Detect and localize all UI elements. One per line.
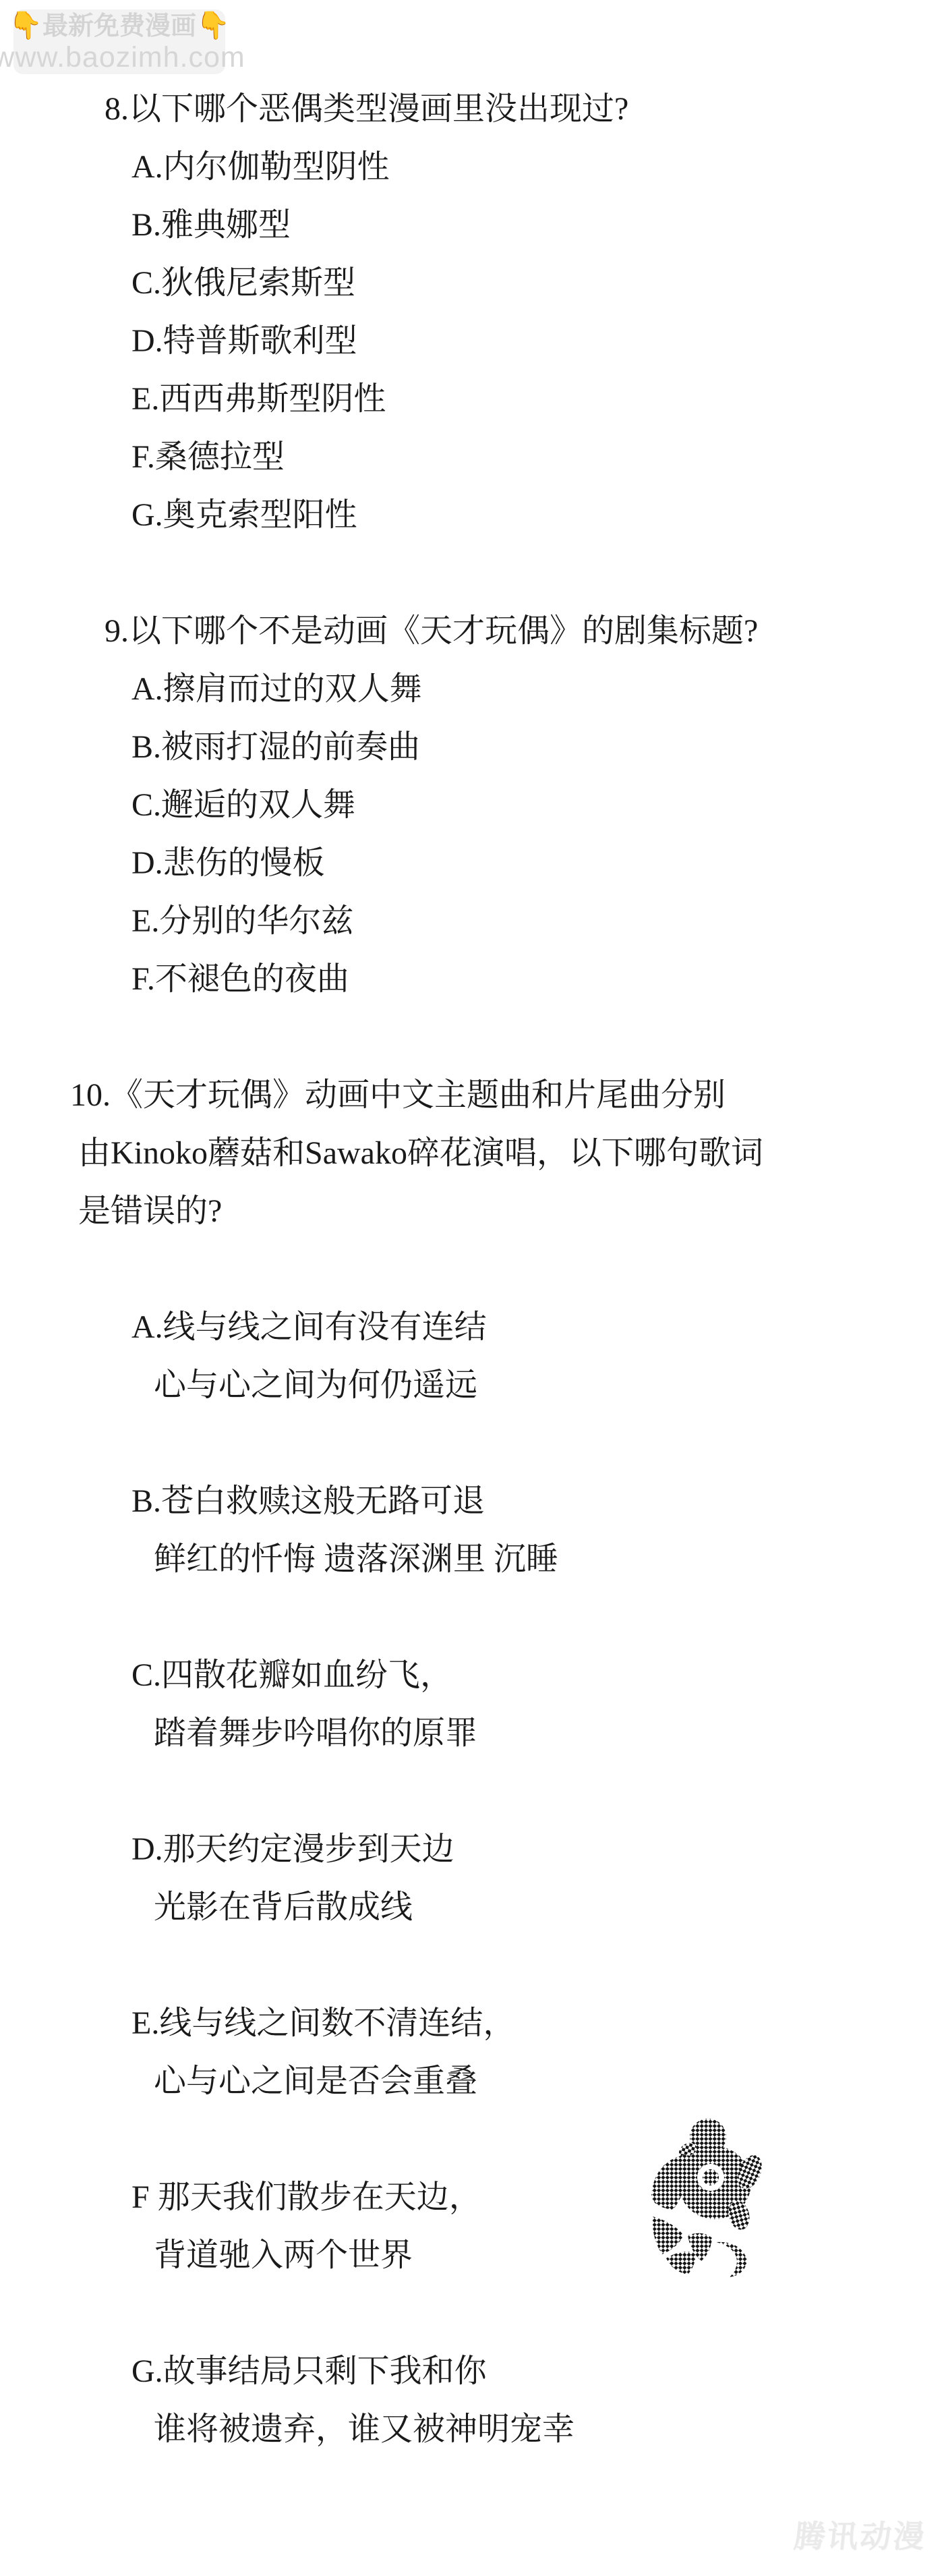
option-label: A. [131,671,163,707]
brand-watermark: 腾讯动漫 [792,2512,929,2556]
option-text: 不褪色的夜曲 [155,961,349,997]
site-watermark-title: 👇最新免费漫画👇 [9,11,230,41]
option-text: 西西弗斯型阴性 [159,381,386,417]
option-label: B. [131,1483,161,1519]
option-text: 四散花瓣如血纷飞， [161,1657,452,1693]
question-10: 10.《天才玩偶》动画中文主题曲和片尾曲分别 由Kinoko蘑菇和Sawako碎… [0,1066,944,2459]
question-number: 8. [105,91,129,127]
question-10-option-a: A.线与线之间有没有连结 心与心之间为何仍遥远 [0,1298,944,1414]
lyric-line-1: E.线与线之间数不清连结， [0,1995,944,2053]
lyric-line-1: C.四散花瓣如血纷飞， [0,1647,944,1705]
question-10-option-e: E.线与线之间数不清连结， 心与心之间是否会重叠 [0,1995,944,2111]
option-label: A. [131,149,163,185]
lyric-line-2: 踏着舞步吟唱你的原罪 [0,1705,944,1763]
question-8-option-e: E.西西弗斯型阴性 [0,370,944,428]
panda-shape [651,2119,762,2277]
question-number: 10. [70,1077,111,1113]
question-9-option-d: D.悲伤的慢板 [0,834,944,892]
option-label: D. [131,845,163,881]
question-10-option-c: C.四散花瓣如血纷飞， 踏着舞步吟唱你的原罪 [0,1647,944,1763]
question-text: 《天才玩偶》动画中文主题曲和片尾曲分别 [111,1077,726,1113]
question-8-option-c: C.狄俄尼索斯型 [0,254,944,312]
option-label: G. [131,2353,163,2389]
question-9-title: 9.以下哪个不是动画《天才玩偶》的剧集标题? [0,602,944,660]
lyric-line-1: B.苍白救赎这般无路可退 [0,1472,944,1530]
option-label: F. [131,961,155,997]
point-down-emoji-icon: 👇 [9,11,42,40]
option-text: 分别的华尔兹 [159,903,353,939]
lyric-line-2: 心与心之间为何仍遥远 [0,1356,944,1414]
site-watermark-url: www.baozimh.com [0,41,245,74]
option-text: 桑德拉型 [155,439,285,475]
option-label: D. [131,1831,163,1867]
option-label: F. [131,439,155,475]
question-10-title-line2: 由Kinoko蘑菇和Sawako碎花演唱，以下哪句歌词 [0,1124,944,1182]
question-9-option-c: C.邂逅的双人舞 [0,776,944,834]
question-8-option-f: F.桑德拉型 [0,428,944,486]
option-text: 苍白救赎这般无路可退 [161,1483,485,1519]
question-10-option-d: D.那天约定漫步到天边 光影在背后散成线 [0,1821,944,1937]
option-label: D. [131,323,163,359]
question-8-option-b: B.雅典娜型 [0,196,944,254]
option-label: C. [131,1657,161,1693]
point-down-emoji-icon: 👇 [196,11,230,40]
option-label: A. [131,1309,163,1345]
question-9-option-b: B.被雨打湿的前奏曲 [0,718,944,776]
option-label: G. [131,497,163,533]
lyric-line-2: 心与心之间是否会重叠 [0,2053,944,2111]
lyric-line-1: G.故事结局只剩下我和你 [0,2343,944,2401]
option-text: 邂逅的双人舞 [161,787,355,823]
question-10-title-line1: 10.《天才玩偶》动画中文主题曲和片尾曲分别 [0,1066,944,1124]
option-text: 被雨打湿的前奏曲 [161,729,420,765]
question-9: 9.以下哪个不是动画《天才玩偶》的剧集标题? A.擦肩而过的双人舞 B.被雨打湿… [0,602,944,1008]
option-text: 线与线之间有没有连结 [163,1309,487,1345]
question-8: 8.以下哪个恶偶类型漫画里没出现过? A.内尔伽勒型阴性 B.雅典娜型 C.狄俄… [0,80,944,544]
site-watermark-badge: 👇最新免费漫画👇 www.baozimh.com [13,9,225,74]
option-text: 雅典娜型 [161,207,291,243]
question-number: 9. [105,613,129,649]
option-label: E. [131,2005,159,2041]
option-label: E. [131,903,159,939]
question-text: 以下哪个不是动画《天才玩偶》的剧集标题? [129,613,758,649]
question-10-option-b: B.苍白救赎这般无路可退 鲜红的忏悔 遗落深渊里 沉睡 [0,1472,944,1588]
option-text: 故事结局只剩下我和你 [163,2353,487,2389]
lyric-line-1: F 那天我们散步在天边， [0,2169,944,2227]
option-label: B. [131,729,161,765]
option-text: 那天我们散步在天边， [158,2179,481,2215]
lyric-line-1: D.那天约定漫步到天边 [0,1821,944,1879]
question-9-option-e: E.分别的华尔兹 [0,892,944,950]
option-text: 线与线之间数不清连结， [159,2005,515,2041]
panda-halftone-icon [646,2115,762,2277]
option-text: 擦肩而过的双人舞 [163,671,422,707]
question-8-option-g: G.奥克索型阳性 [0,486,944,544]
comic-quiz-page: 👇最新免费漫画👇 www.baozimh.com 8.以下哪个恶偶类型漫画里没出… [0,0,944,2576]
question-10-option-f: F 那天我们散步在天边， 背道驰入两个世界 [0,2169,944,2285]
lyric-line-1: A.线与线之间有没有连结 [0,1298,944,1356]
question-9-option-f: F.不褪色的夜曲 [0,950,944,1008]
option-label: C. [131,787,161,823]
site-watermark-title-text: 最新免费漫画 [42,12,196,40]
option-text: 狄俄尼索斯型 [161,265,355,301]
lyric-line-2: 背道驰入两个世界 [0,2227,944,2285]
option-text: 奥克索型阳性 [163,497,357,533]
option-text: 那天约定漫步到天边 [163,1831,454,1867]
question-9-option-a: A.擦肩而过的双人舞 [0,660,944,718]
question-8-option-a: A.内尔伽勒型阴性 [0,138,944,196]
quiz-content: 8.以下哪个恶偶类型漫画里没出现过? A.内尔伽勒型阴性 B.雅典娜型 C.狄俄… [0,0,944,2459]
option-text: 悲伤的慢板 [163,845,325,881]
option-label: E. [131,381,159,417]
question-8-title: 8.以下哪个恶偶类型漫画里没出现过? [0,80,944,138]
question-10-title-line3: 是错误的? [0,1182,944,1240]
option-label: C. [131,265,161,301]
question-text: 以下哪个恶偶类型漫画里没出现过? [129,91,628,127]
option-text: 特普斯歌利型 [163,323,357,359]
lyric-line-2: 谁将被遗弃，谁又被神明宠幸 [0,2401,944,2459]
lyric-line-2: 鲜红的忏悔 遗落深渊里 沉睡 [0,1530,944,1588]
question-10-option-g: G.故事结局只剩下我和你 谁将被遗弃，谁又被神明宠幸 [0,2343,944,2459]
lyric-line-2: 光影在背后散成线 [0,1879,944,1937]
question-8-option-d: D.特普斯歌利型 [0,312,944,370]
option-text: 内尔伽勒型阴性 [163,149,390,185]
option-label: F [131,2179,158,2215]
option-label: B. [131,207,161,243]
